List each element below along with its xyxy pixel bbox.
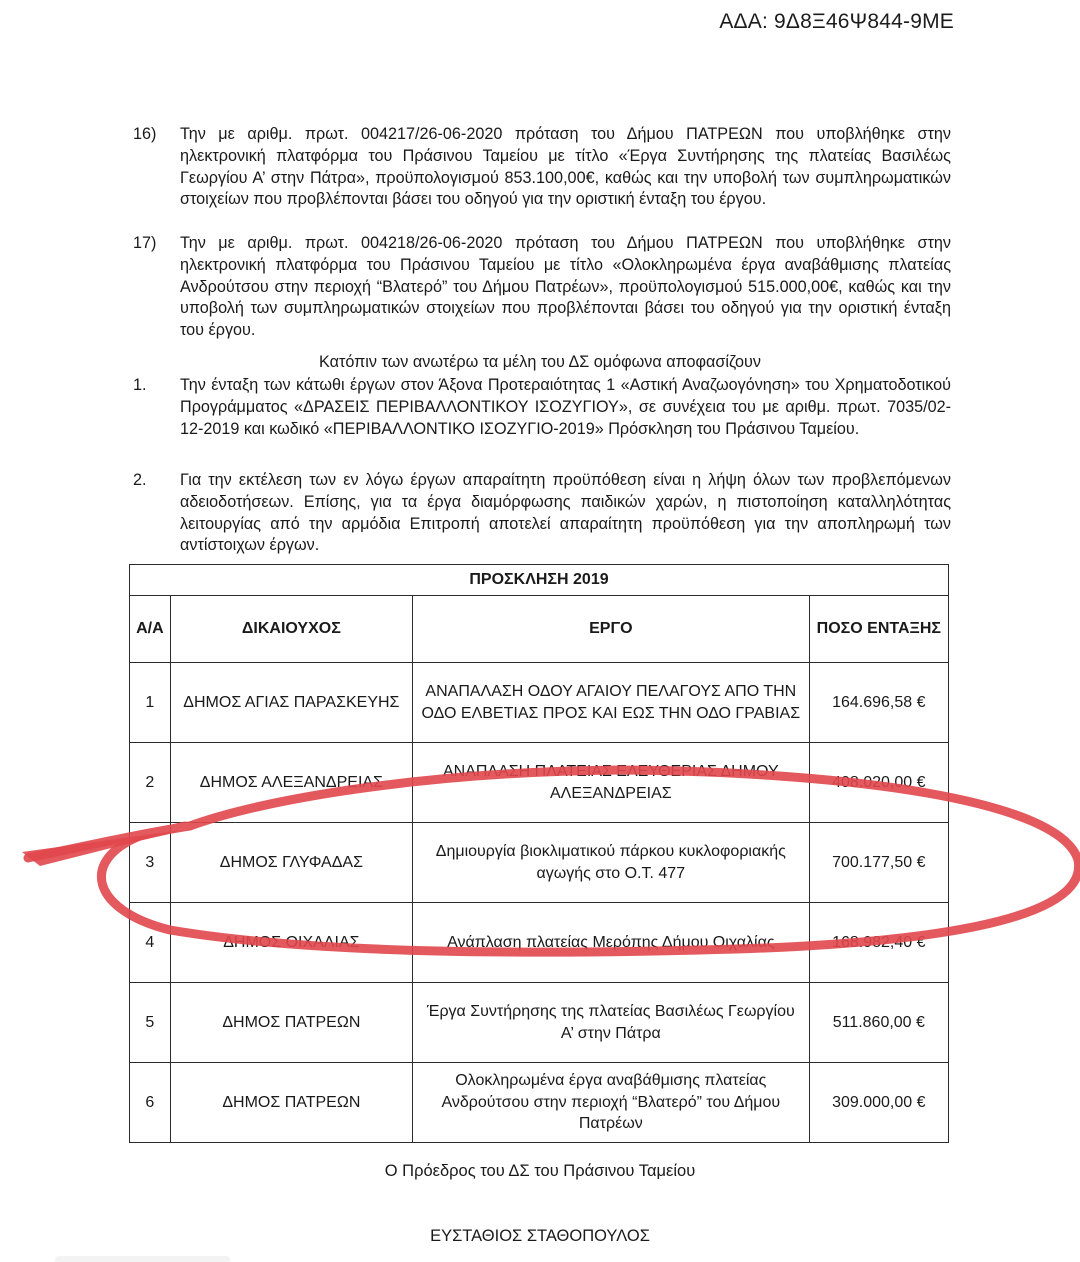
table-title-row: ΠΡΟΣΚΛΗΣΗ 2019: [130, 565, 949, 596]
decision-1: 1. Την ένταξη των κάτωθι έργων στον Άξον…: [133, 375, 951, 440]
decision-text: Την ένταξη των κάτωθι έργων στον Άξονα Π…: [180, 375, 951, 440]
table-title: ΠΡΟΣΚΛΗΣΗ 2019: [130, 565, 949, 596]
decision-2: 2. Για την εκτέλεση των εν λόγω έργων απ…: [133, 470, 951, 557]
item-text: Την με αριθμ. πρωτ. 004218/26-06-2020 πρ…: [180, 233, 951, 342]
cell-project: ΑΝΑΠΛΑΣΗ ΠΛΑΤΕΙΑΣ ΕΛΕΥΘΕΡΙΑΣ ΔΗΜΟΥ ΑΛΕΞΑ…: [413, 743, 810, 823]
cell-project: Ολοκληρωμένα έργα αναβάθμισης πλατείας Α…: [413, 1063, 810, 1143]
item-number: 16): [133, 124, 156, 146]
item-number: 17): [133, 233, 156, 255]
table-row: 1 ΔΗΜΟΣ ΑΓΙΑΣ ΠΑΡΑΣΚΕΥΗΣ ΑΝΑΠΑΛΑΣΗ ΟΔΟΥ …: [130, 663, 949, 743]
cell-beneficiary: ΔΗΜΟΣ ΓΛΥΦΑΔΑΣ: [170, 823, 412, 903]
header-aa: Α/Α: [130, 596, 171, 663]
cell-project: Έργα Συντήρησης της πλατείας Βασιλέως Γε…: [413, 983, 810, 1063]
cell-project: Δημιουργία βιοκλιματικού πάρκου κυκλοφορ…: [413, 823, 810, 903]
ada-document-id: ΑΔΑ: 9Δ8Ξ46Ψ844-9ΜΕ: [719, 10, 954, 34]
cell-aa: 4: [130, 903, 171, 983]
table-row: 6 ΔΗΜΟΣ ΠΑΤΡΕΩΝ Ολοκληρωμένα έργα αναβάθ…: [130, 1063, 949, 1143]
cell-amount: 700.177,50 €: [809, 823, 948, 903]
decision-text: Για την εκτέλεση των εν λόγω έργων απαρα…: [180, 470, 951, 557]
cell-beneficiary: ΔΗΜΟΣ ΑΛΕΞΑΝΔΡΕΙΑΣ: [170, 743, 412, 823]
cell-beneficiary: ΔΗΜΟΣ ΠΑΤΡΕΩΝ: [170, 983, 412, 1063]
table-row-highlighted: 3 ΔΗΜΟΣ ΓΛΥΦΑΔΑΣ Δημιουργία βιοκλιματικο…: [130, 823, 949, 903]
cell-aa: 5: [130, 983, 171, 1063]
signature-role: Ο Πρόεδρος του ΔΣ του Πράσινου Ταμείου: [0, 1162, 1080, 1181]
item-17: 17) Την με αριθμ. πρωτ. 004218/26-06-202…: [133, 233, 951, 342]
cell-beneficiary: ΔΗΜΟΣ ΠΑΤΡΕΩΝ: [170, 1063, 412, 1143]
table-row: 5 ΔΗΜΟΣ ΠΑΤΡΕΩΝ Έργα Συντήρησης της πλατ…: [130, 983, 949, 1063]
cell-aa: 3: [130, 823, 171, 903]
header-project: ΕΡΓΟ: [413, 596, 810, 663]
header-beneficiary: ΔΙΚΑΙΟΥΧΟΣ: [170, 596, 412, 663]
decision-number: 1.: [133, 375, 147, 397]
cell-aa: 2: [130, 743, 171, 823]
cell-project: ΑΝΑΠΑΛΑΣΗ ΟΔΟΥ ΑΓΑΙΟΥ ΠΕΛΑΓΟΥΣ ΑΠΟ ΤΗΝ Ο…: [413, 663, 810, 743]
cell-amount: 168.982,40 €: [809, 903, 948, 983]
cell-amount: 408.020,00 €: [809, 743, 948, 823]
cell-aa: 6: [130, 1063, 171, 1143]
decision-intro: Κατόπιν των ανωτέρω τα μέλη του ΔΣ ομόφω…: [0, 353, 1080, 372]
header-amount: ΠΟΣΟ ΕΝΤΑΞΗΣ: [809, 596, 948, 663]
decision-number: 2.: [133, 470, 147, 492]
table-row: 4 ΔΗΜΟΣ ΟΙΧΑΛΙΑΣ Ανάπλαση πλατείας Μερόπ…: [130, 903, 949, 983]
scroll-shadow: [55, 1256, 230, 1262]
item-text: Την με αριθμ. πρωτ. 004217/26-06-2020 πρ…: [180, 124, 951, 211]
table-row: 2 ΔΗΜΟΣ ΑΛΕΞΑΝΔΡΕΙΑΣ ΑΝΑΠΛΑΣΗ ΠΛΑΤΕΙΑΣ Ε…: [130, 743, 949, 823]
item-16: 16) Την με αριθμ. πρωτ. 004217/26-06-202…: [133, 124, 951, 211]
grants-table: ΠΡΟΣΚΛΗΣΗ 2019 Α/Α ΔΙΚΑΙΟΥΧΟΣ ΕΡΓΟ ΠΟΣΟ …: [129, 564, 949, 1143]
signature-name: ΕΥΣΤΑΘΙΟΣ ΣΤΑΘΟΠΟΥΛΟΣ: [0, 1227, 1080, 1246]
cell-beneficiary: ΔΗΜΟΣ ΟΙΧΑΛΙΑΣ: [170, 903, 412, 983]
cell-beneficiary: ΔΗΜΟΣ ΑΓΙΑΣ ΠΑΡΑΣΚΕΥΗΣ: [170, 663, 412, 743]
cell-amount: 309.000,00 €: [809, 1063, 948, 1143]
cell-amount: 164.696,58 €: [809, 663, 948, 743]
cell-amount: 511.860,00 €: [809, 983, 948, 1063]
cell-aa: 1: [130, 663, 171, 743]
table-header-row: Α/Α ΔΙΚΑΙΟΥΧΟΣ ΕΡΓΟ ΠΟΣΟ ΕΝΤΑΞΗΣ: [130, 596, 949, 663]
cell-project: Ανάπλαση πλατείας Μερόπης Δήμου Οιχαλίας: [413, 903, 810, 983]
